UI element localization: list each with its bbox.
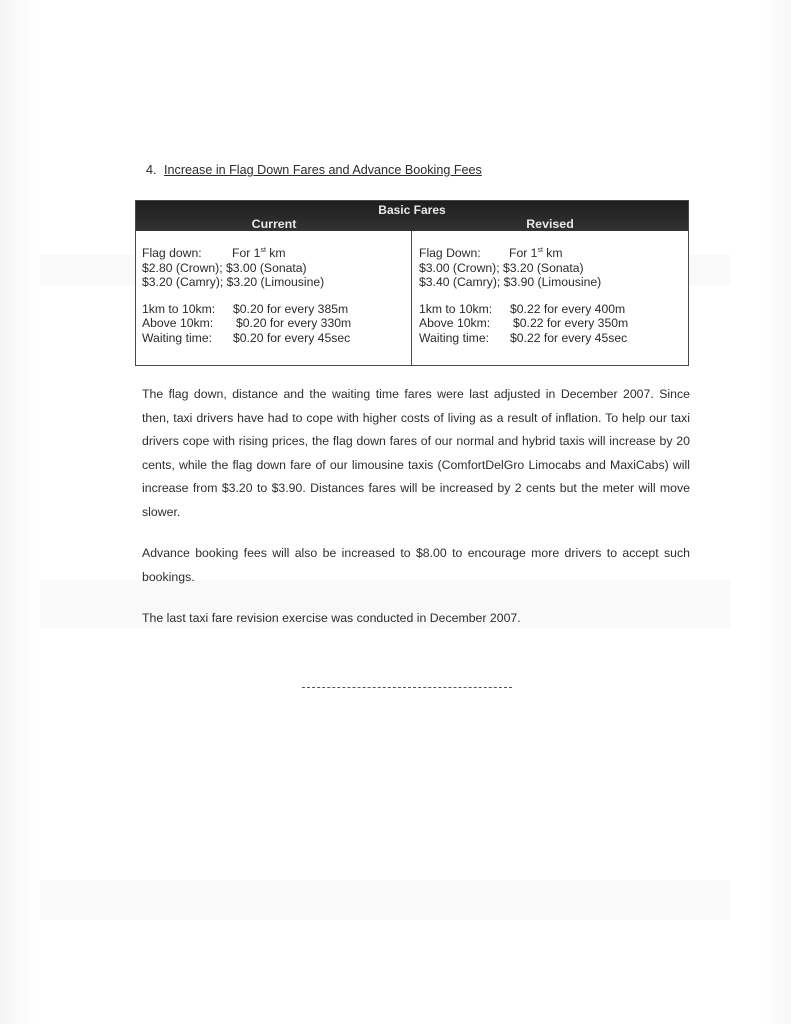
distance-rate-row: Above 10km: $0.22 for every 350m <box>419 316 601 331</box>
distance-rate-row: 1km to 10km: $0.22 for every 400m <box>419 302 601 317</box>
basic-fares-table: Basic Fares Current Revised Flag down: F… <box>135 200 689 366</box>
distance-rate-row: Above 10km: $0.20 for every 330m <box>142 316 324 331</box>
distance-rate-row: 1km to 10km: $0.20 for every 385m <box>142 302 324 317</box>
flag-down-row: Flag down: For 1st km <box>142 246 324 261</box>
flag-down-prices-1: $3.00 (Crown); $3.20 (Sonata) <box>419 261 601 276</box>
column-header-current: Current <box>136 217 412 231</box>
paragraph-last-revision: The last taxi fare revision exercise was… <box>142 607 690 631</box>
flag-down-distance: For 1st km <box>509 246 563 261</box>
flag-down-label: Flag Down: <box>419 246 481 261</box>
table-body: Flag down: For 1st km $2.80 (Crown); $3.… <box>136 231 688 365</box>
table-header: Basic Fares Current Revised <box>136 201 688 231</box>
waiting-time-row: Waiting time: $0.20 for every 45sec <box>142 331 324 346</box>
scan-bleed-through <box>40 880 730 920</box>
paragraph-fare-adjustment: The flag down, distance and the waiting … <box>142 383 690 524</box>
end-of-section-rule <box>302 687 512 688</box>
flag-down-prices-2: $3.40 (Camry); $3.90 (Limousine) <box>419 275 601 290</box>
flag-down-prices-1: $2.80 (Crown); $3.00 (Sonata) <box>142 261 324 276</box>
section-heading: 4. Increase in Flag Down Fares and Advan… <box>146 163 482 177</box>
column-header-revised: Revised <box>412 217 688 231</box>
current-fares-cell: Flag down: For 1st km $2.80 (Crown); $3.… <box>142 246 324 345</box>
revised-fares-cell: Flag Down: For 1st km $3.00 (Crown); $3.… <box>419 246 601 345</box>
paragraph-booking-fees: Advance booking fees will also be increa… <box>142 542 690 589</box>
flag-down-row: Flag Down: For 1st km <box>419 246 601 261</box>
document-page: 4. Increase in Flag Down Fares and Advan… <box>0 0 791 1024</box>
section-title: Increase in Flag Down Fares and Advance … <box>164 163 482 177</box>
flag-down-prices-2: $3.20 (Camry); $3.20 (Limousine) <box>142 275 324 290</box>
waiting-time-row: Waiting time: $0.22 for every 45sec <box>419 331 601 346</box>
flag-down-label: Flag down: <box>142 246 202 261</box>
section-number: 4. <box>146 163 157 177</box>
flag-down-distance: For 1st km <box>232 246 286 261</box>
column-divider <box>411 231 412 365</box>
table-caption: Basic Fares <box>136 203 688 217</box>
